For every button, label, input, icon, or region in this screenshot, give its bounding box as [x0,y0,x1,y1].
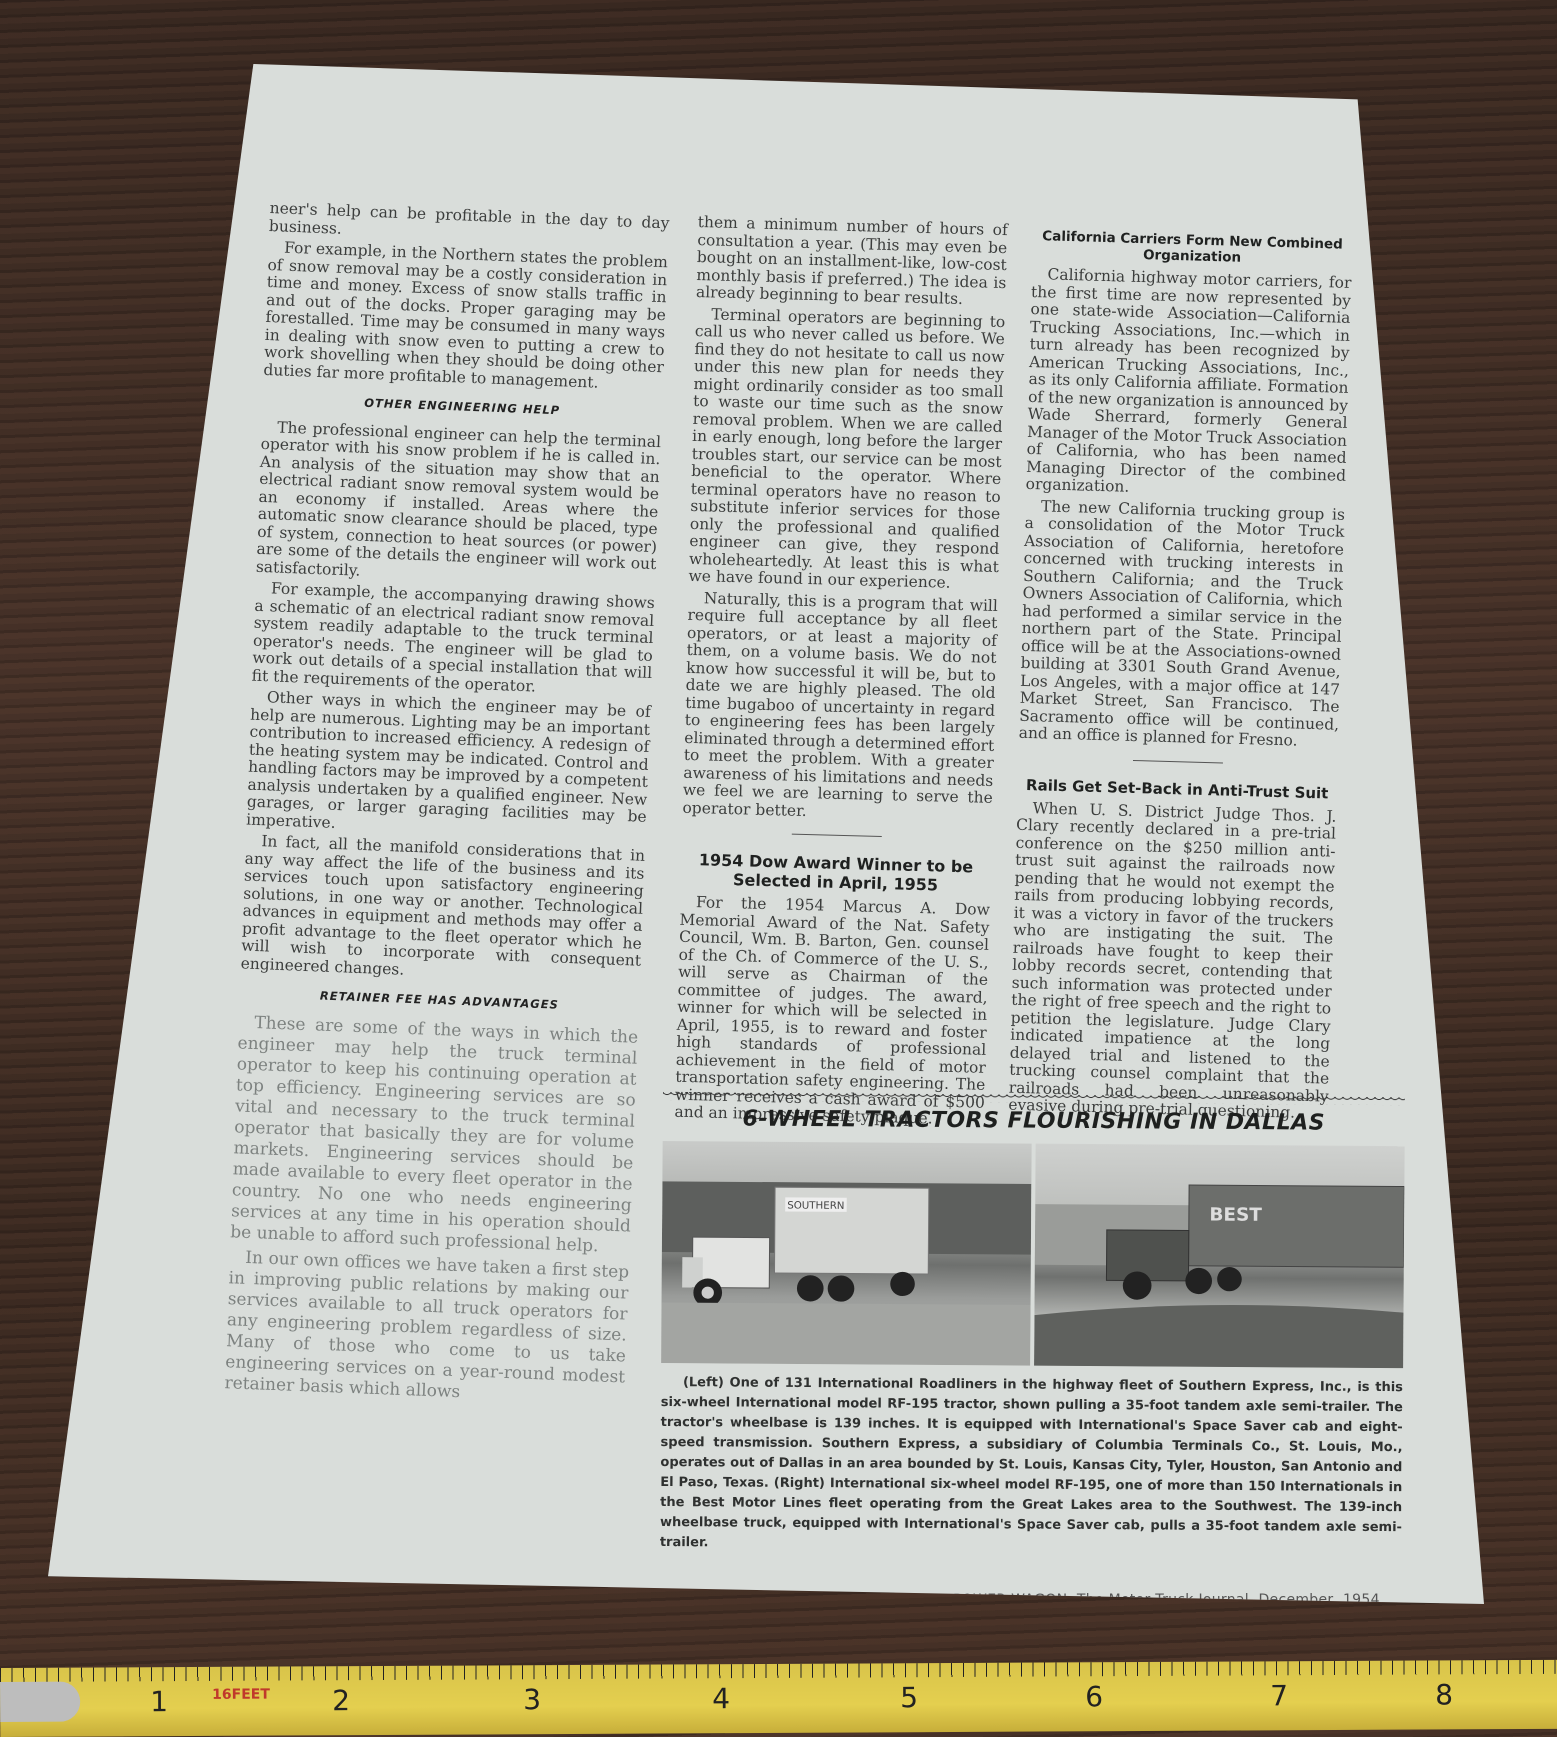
ruler-number: 2 [332,1684,350,1717]
paragraph: Terminal operators are beginning to call… [688,305,1005,593]
dow-award-headline: 1954 Dow Award Winner to be Selected in … [680,850,991,896]
paragraph: The professional engineer can help the t… [256,418,662,591]
rails-body: When U. S. District Judge Thos. J. Clary… [1008,799,1337,1123]
ruler-ticks [0,1660,1557,1682]
paragraph: These are some of the ways in which the … [230,1012,639,1258]
page-number: 18 [218,1586,241,1607]
divider [1133,760,1223,764]
journal-footer: POWER WAGON, The Motor Truck Journal, De… [953,1592,1380,1608]
ruler-label: 16FEET [212,1687,270,1703]
paragraph: The new California trucking group is a c… [1018,497,1345,751]
ruler-number: 5 [900,1681,918,1714]
ruler-number: 1 [150,1685,168,1718]
paragraph: In fact, all the manifold considerations… [240,833,645,988]
truck-illustration-icon: SOUTHERN [661,1141,1032,1366]
paragraph: Naturally, this is a program that will r… [682,589,998,825]
photo-pair: SOUTHERN BEST [661,1141,1405,1368]
column-1: neer's help can be profitable in the day… [224,200,670,1413]
svg-text:SOUTHERN: SOUTHERN [787,1201,844,1212]
svg-text:BEST: BEST [1209,1205,1262,1226]
ruler-number: 6 [1085,1680,1103,1713]
paragraph: California highway motor carriers, for t… [1025,266,1351,502]
tape-hook [0,1682,80,1722]
truck-illustration-icon: BEST [1034,1144,1405,1369]
paragraph: For example, in the Northern states the … [263,239,668,394]
paragraph: Other ways in which the engineer may be … [246,689,651,844]
ruler-number: 4 [712,1682,730,1715]
paragraph: For example, the accompanying drawing sh… [251,580,655,700]
feature-6-wheel-tractors: 6-WHEEL TRACTORS FLOURISHING IN DALLAS S… [660,1092,1405,1558]
paragraph: In our own offices we have taken a first… [224,1247,629,1409]
divider [792,834,882,837]
ruler-number: 3 [523,1683,541,1716]
california-headline: California Carriers Form New Combined Or… [1032,228,1353,269]
photo-best-motor-lines-truck: BEST [1034,1144,1405,1369]
subhead-other-engineering-help: OTHER ENGINEERING HELP [262,391,662,424]
paragraph: them a minimum number of hours of consul… [696,214,1008,310]
magazine-page: neer's help can be profitable in the day… [48,64,1484,1604]
subhead-retainer-fee: RETAINER FEE HAS ADVANTAGES [239,984,639,1017]
rails-headline: Rails Get Set-Back in Anti-Trust Suit [1017,775,1337,802]
tape-measure: 16FEET 1 2 3 4 5 6 7 8 [0,1660,1557,1737]
photo-caption: (Left) One of 131 International Roadline… [660,1373,1403,1558]
column-3: California Carriers Form New Combined Or… [1008,222,1353,1127]
feature-title: 6-WHEEL TRACTORS FLOURISHING IN DALLAS [663,1106,1405,1136]
ruler-number: 8 [1435,1678,1453,1711]
photo-southern-express-truck: SOUTHERN [661,1141,1032,1366]
ruler-number: 7 [1270,1679,1288,1712]
column-2: them a minimum number of hours of consul… [674,214,1008,1133]
